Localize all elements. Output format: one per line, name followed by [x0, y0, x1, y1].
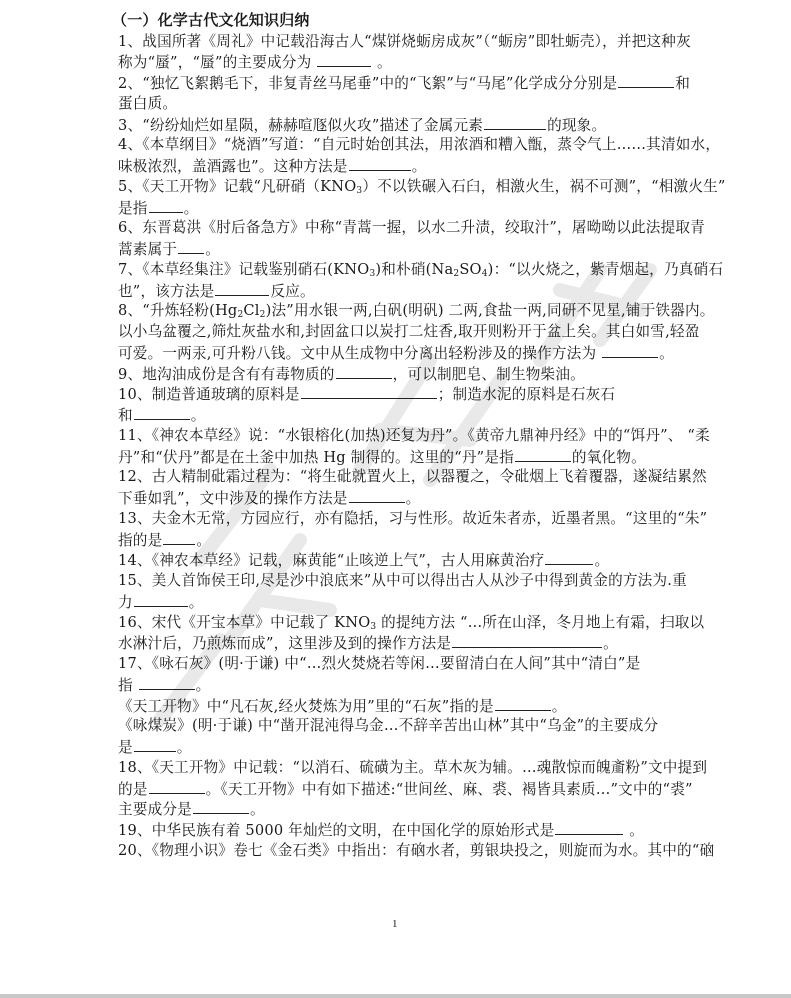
text-line: 力。: [118, 592, 204, 612]
text-line: 指 。: [118, 675, 210, 695]
line-text: 5、《天工开物》记载“凡研硝（KNO: [118, 178, 356, 195]
line-text: 蛋白质。: [118, 95, 177, 112]
text-line: 20、《物理小识》卷七《金石类》中指出：有硇水者，剪银块投之，则旋而为水。其中的…: [118, 841, 714, 861]
line-text: 8、“升炼轻粉(Hg: [118, 302, 237, 319]
answer-blank: [193, 799, 249, 814]
answer-blank: [336, 364, 392, 379]
line-text: 主要成分是: [118, 801, 192, 818]
answer-blank: [301, 384, 437, 399]
line-text: 15、美人首饰侯王印,尽是沙中浪底来”从中可以得出古人从沙子中得到黄金的方法为.…: [118, 572, 687, 589]
line-text: 。: [603, 635, 618, 652]
line-text: 下垂如乳”，文中涉及的操作方法是: [118, 490, 348, 507]
line-text: 的是: [118, 781, 148, 798]
answer-blank: [134, 592, 188, 607]
text-line: 6、东晋葛洪《肘后备急方》中称“青蒿一握，以水二升渍，绞取汁”，屠呦呦以此法提取…: [118, 218, 705, 238]
answer-blank: [545, 550, 593, 565]
text-line: 也”，该方法是反应。: [118, 281, 315, 301]
answer-blank: [349, 156, 411, 171]
line-text: 14、《神农本草经》记载，麻黄能“止咳逆上气”，古人用麻黄治疗: [118, 552, 544, 569]
answer-blank: [139, 675, 195, 690]
line-text: 。: [191, 407, 206, 424]
line-text: 13、夫金木无常，方园应行，亦有隐括，习与性形。故近朱者赤，近墨者黑。“这里的“…: [118, 510, 707, 527]
viewer-bottom-edge: [0, 994, 791, 998]
answer-blank: [555, 820, 623, 835]
line-text: 20、《物理小识》卷七《金石类》中指出：有硇水者，剪银块投之，则旋而为水。其中的…: [118, 842, 714, 859]
text-line: 蛋白质。: [118, 94, 177, 114]
answer-blank: [317, 52, 371, 67]
answer-blank: [149, 779, 205, 794]
line-text: 力: [118, 594, 133, 611]
line-text: 1、战国所著《周礼》中记载沿海古人“煤饼烧蛎房成灰”（“蛎房”即牡蛎壳），并把这…: [118, 33, 691, 50]
line-text: 指: [118, 677, 138, 694]
text-line: 18、《天工开物》中记载：“以消石、硫磺为主。草木灰为辅。…魂散惊而魄齑粉”文中…: [118, 758, 707, 778]
answer-blank: [134, 405, 190, 420]
text-line: 4、《本草纲目》“烧酒”写道：“自元时始创其法，用浓酒和糟入甑，蒸令气上……其清…: [118, 135, 720, 155]
line-text: 可爱。一两汞,可升粉八钱。文中从生成物中分离出轻粉涉及的操作方法为: [118, 345, 601, 362]
line-text: ；制造水泥的原料是石灰石: [438, 386, 616, 403]
line-text: 2、“独忆飞絮鹅毛下，非复青丝马尾垂”中的“飞絮”与“马尾”化学成分分别是: [118, 75, 617, 92]
line-text: 也”，该方法是: [118, 283, 214, 300]
text-line: 9、地沟油成份是含有有毒物质的，可以制肥皂、制生物柴油。: [118, 364, 585, 384]
line-text: 12、古人精制砒霜过程为：“将生砒就置火上，以器覆之，令砒烟上飞着覆器，遂凝结累…: [118, 468, 707, 485]
answer-blank: [484, 115, 546, 130]
line-text: 3、“纷纷灿烂如星陨，赫赫喧豗似火攻”描述了金属元素: [118, 117, 483, 134]
text-line: 蒿素属于。: [118, 239, 220, 259]
line-text: 。: [250, 801, 265, 818]
text-line: 3、“纷纷灿烂如星陨，赫赫喧豗似火攻”描述了金属元素的现象。: [118, 115, 606, 135]
line-text: 味极浓烈，盖酒露也”。这种方法是: [118, 158, 348, 175]
text-line: 8、“升炼轻粉(Hg2Cl2)法”用水银一两,白矾(明矾) 二两,食盐一两,同研…: [118, 301, 715, 321]
line-text: 18、《天工开物》中记载：“以消石、硫磺为主。草木灰为辅。…魂散惊而魄齑粉”文中…: [118, 759, 707, 776]
line-text: 和: [675, 75, 690, 92]
line-text: 6、东晋葛洪《肘后备急方》中称“青蒿一握，以水二升渍，绞取汁”，屠呦呦以此法提取…: [118, 219, 705, 236]
line-text: 17、《咏石灰》(明·于谦) 中“…烈火焚烧若等闲…要留清白在人间”其中“清白”…: [118, 655, 640, 672]
answer-blank: [495, 696, 551, 711]
line-text: 的提纯方法 “…所在山泽，冬月地上有霜，扫取以: [376, 614, 704, 631]
text-line: 的是。《天工开物》中有如下描述:“世间丝、麻、裘、褐皆具素质…”文中的“裘”: [118, 779, 693, 799]
line-text: )：“以火烧之，紫青烟起，乃真硝石: [488, 261, 723, 278]
line-text: 4、《本草纲目》“烧酒”写道：“自元时始创其法，用浓酒和糟入甑，蒸令气上……其清…: [118, 136, 720, 153]
line-text: 。: [594, 552, 609, 569]
text-line: 水淋汁后，乃煎炼而成”，这里涉及到的操作方法是。: [118, 633, 618, 653]
text-line: 和。: [118, 405, 206, 425]
line-text: 。: [406, 490, 421, 507]
text-line: 以小乌盆覆之,筛灶灰盐水和,封固盆口以炭打二炷香,取开则粉开于盆上矣。其白如雪,…: [118, 322, 700, 342]
page-number: 1: [392, 918, 398, 930]
answer-blank: [349, 488, 405, 503]
line-text: 。: [177, 739, 192, 756]
answer-blank: [618, 73, 674, 88]
line-text: 。: [189, 594, 204, 611]
line-text: 。: [184, 200, 199, 217]
line-text: 。: [552, 698, 567, 715]
answer-blank: [602, 343, 658, 358]
line-text: ，可以制肥皂、制生物柴油。: [393, 366, 585, 383]
text-line: 15、美人首饰侯王印,尽是沙中浪底来”从中可以得出古人从沙子中得到黄金的方法为.…: [118, 571, 687, 591]
line-text: )法”用水银一两,白矾(明矾) 二两,食盐一两,同研不见星,铺于铁器内。: [266, 302, 715, 319]
line-text: 。: [205, 241, 220, 258]
text-line: 称为“蜃”，“蜃”的主要成分为 。: [118, 52, 392, 72]
text-line: 可爱。一两汞,可升粉八钱。文中从生成物中分离出轻粉涉及的操作方法为 。: [118, 343, 674, 363]
answer-blank: [163, 530, 195, 545]
line-text: Cl: [243, 302, 259, 319]
line-text: 。: [659, 345, 674, 362]
text-line: 5、《天工开物》记载“凡研硝（KNO3）不以铁碾入石臼，相激火生，祸不可测”，“…: [118, 177, 726, 197]
line-text: 称为“蜃”，“蜃”的主要成分为: [118, 54, 316, 71]
line-text: 蒿素属于: [118, 241, 177, 258]
line-text: 指的是: [118, 532, 162, 549]
text-line: 16、宋代《开宝本草》中记载了 KNO3 的提纯方法 “…所在山泽，冬月地上有霜…: [118, 613, 704, 633]
text-line: 《咏煤炭》(明·于谦) 中“凿开混沌得乌金…不辞辛苦出山林”其中“乌金”的主要成…: [118, 716, 658, 736]
line-text: 反应。: [270, 283, 314, 300]
text-line: 主要成分是。: [118, 799, 265, 819]
line-text: 的现象。: [547, 117, 606, 134]
line-text: 。: [372, 54, 392, 71]
text-line: 12、古人精制砒霜过程为：“将生砒就置火上，以器覆之，令砒烟上飞着覆器，遂凝结累…: [118, 467, 707, 487]
text-line: 13、夫金木无常，方园应行，亦有隐括，习与性形。故近朱者赤，近墨者黑。“这里的“…: [118, 509, 707, 529]
text-line: 14、《神农本草经》记载，麻黄能“止咳逆上气”，古人用麻黄治疗。: [118, 550, 609, 570]
line-text: 16、宋代《开宝本草》中记载了 KNO: [118, 614, 370, 631]
line-text: 《咏煤炭》(明·于谦) 中“凿开混沌得乌金…不辞辛苦出山林”其中“乌金”的主要成…: [118, 717, 658, 734]
line-text: 。: [196, 677, 211, 694]
text-line: 7、《本草经集注》记载鉴别硝石(KNO3)和朴硝(Na2SO4)：“以火烧之，紫…: [118, 260, 723, 280]
answer-blank: [215, 281, 269, 296]
answer-blank: [149, 198, 183, 213]
text-line: 17、《咏石灰》(明·于谦) 中“…烈火焚烧若等闲…要留清白在人间”其中“清白”…: [118, 654, 640, 674]
section-title: （一）化学古代文化知识归纳: [112, 10, 310, 30]
line-text: 是: [118, 739, 133, 756]
line-text: 是指: [118, 200, 148, 217]
line-text: 和: [118, 407, 133, 424]
answer-blank: [452, 633, 602, 648]
text-line: 10、制造普通玻璃的原料是；制造水泥的原料是石灰石: [118, 384, 615, 404]
text-line: 味极浓烈，盖酒露也”。这种方法是。: [118, 156, 426, 176]
document-page: （一）化学古代文化知识归纳 1、战国所著《周礼》中记载沿海古人“煤饼烧蛎房成灰”…: [0, 0, 791, 994]
line-text: 。: [196, 532, 211, 549]
text-line: 是。: [118, 737, 192, 757]
text-line: 11、《神农本草经》说：“水银榕化(加热)还复为丹”。《黄帝九鼎神丹经》中的“饵…: [118, 426, 710, 446]
line-text: 《天工开物》中“凡石灰,经火焚炼为用”里的“石灰”指的是: [118, 698, 494, 715]
answer-blank: [178, 239, 204, 254]
text-line: 下垂如乳”，文中涉及的操作方法是。: [118, 488, 420, 508]
line-text: 丹”和“伏丹”都是在土釜中加热 Hg 制得的。这里的“丹”是指: [118, 449, 514, 466]
line-text: 以小乌盆覆之,筛灶灰盐水和,封固盆口以炭打二炷香,取开则粉开于盆上矣。其白如雪,…: [118, 323, 700, 340]
text-line: 2、“独忆飞絮鹅毛下，非复青丝马尾垂”中的“飞絮”与“马尾”化学成分分别是和: [118, 73, 690, 93]
text-line: 19、中华民族有着 5000 年灿烂的文明，在中国化学的原始形式是 。: [118, 820, 644, 840]
answer-blank: [134, 737, 176, 752]
line-text: 11、《神农本草经》说：“水银榕化(加热)还复为丹”。《黄帝九鼎神丹经》中的“饵…: [118, 427, 710, 444]
line-text: SO: [459, 261, 481, 278]
text-line: 《天工开物》中“凡石灰,经火焚炼为用”里的“石灰”指的是。: [118, 696, 567, 716]
text-line: 1、战国所著《周礼》中记载沿海古人“煤饼烧蛎房成灰”（“蛎房”即牡蛎壳），并把这…: [118, 32, 691, 52]
line-text: 。: [412, 158, 427, 175]
line-text: 水淋汁后，乃煎炼而成”，这里涉及到的操作方法是: [118, 635, 451, 652]
text-line: 丹”和“伏丹”都是在土釜中加热 Hg 制得的。这里的“丹”是指的氧化物。: [118, 447, 646, 467]
line-text: 9、地沟油成份是含有有毒物质的: [118, 366, 335, 383]
line-text: 的氧化物。: [572, 449, 646, 466]
line-text: 19、中华民族有着 5000 年灿烂的文明，在中国化学的原始形式是: [118, 822, 554, 839]
line-text: )和朴硝(Na: [375, 261, 453, 278]
answer-blank: [515, 447, 571, 462]
line-text: 7、《本草经集注》记载鉴别硝石(KNO: [118, 261, 369, 278]
line-text: ）不以铁碾入石臼，相激火生，祸不可测”，“相激火生”: [362, 178, 725, 195]
line-text: 10、制造普通玻璃的原料是: [118, 386, 300, 403]
text-line: 是指。: [118, 198, 198, 218]
line-text: 。: [624, 822, 644, 839]
text-line: 指的是。: [118, 530, 211, 550]
line-text: 。《天工开物》中有如下描述:“世间丝、麻、裘、褐皆具素质…”文中的“裘”: [206, 781, 693, 798]
